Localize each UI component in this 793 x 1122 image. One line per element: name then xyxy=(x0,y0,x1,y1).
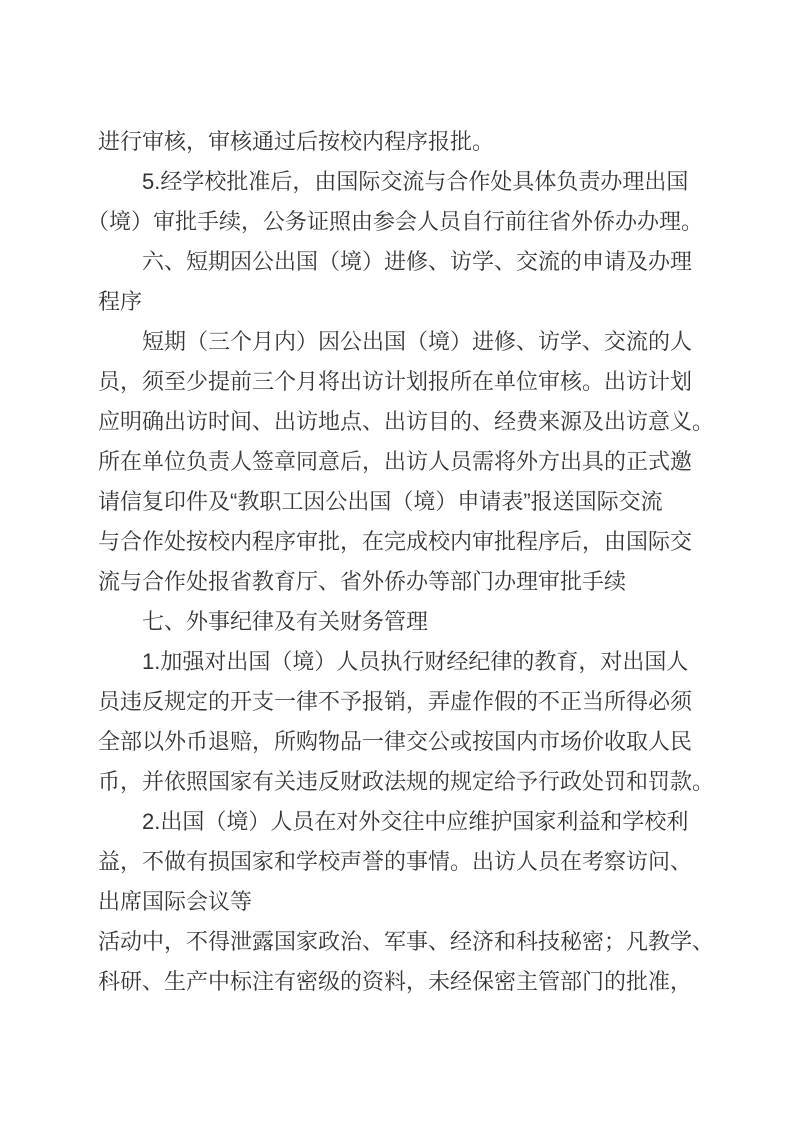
text-line: 员，须至少提前三个月将出访计划报所在单位审核。出访计划 xyxy=(98,362,722,402)
document-page: 进行审核，审核通过后按校内程序报批。5.经学校批准后，由国际交流与合作处具体负责… xyxy=(0,0,793,1122)
text-line: 七、外事纪律及有关财务管理 xyxy=(98,602,722,642)
text-line: 币，并依照国家有关违反财政法规的规定给予行政处罚和罚款。 xyxy=(98,762,722,802)
text-line: 请信复印件及“教职工因公出国（境）申请表”报送国际交流 xyxy=(98,482,722,522)
text-line: 2.出国（境）人员在对外交往中应维护国家利益和学校利 xyxy=(98,802,722,842)
text-line: 所在单位负责人签章同意后，出访人员需将外方出具的正式邀 xyxy=(98,442,722,482)
text-line: 全部以外币退赔，所购物品一律交公或按国内市场价收取人民 xyxy=(98,722,722,762)
document-body: 进行审核，审核通过后按校内程序报批。5.经学校批准后，由国际交流与合作处具体负责… xyxy=(98,122,722,1002)
text-line: 六、短期因公出国（境）进修、访学、交流的申请及办理 xyxy=(98,242,722,282)
text-line: 1.加强对出国（境）人员执行财经纪律的教育，对出国人 xyxy=(98,642,722,682)
text-line: 程序 xyxy=(98,282,722,322)
text-line: 短期（三个月内）因公出国（境）进修、访学、交流的人 xyxy=(98,322,722,362)
text-line: 员违反规定的开支一律不予报销，弄虚作假的不正当所得必须 xyxy=(98,682,722,722)
text-line: 活动中，不得泄露国家政治、军事、经济和科技秘密；凡教学、 xyxy=(98,922,722,962)
text-line: 益，不做有损国家和学校声誉的事情。出访人员在考察访问、 xyxy=(98,842,722,882)
text-line: （境）审批手续，公务证照由参会人员自行前往省外侨办办理。 xyxy=(87,202,722,242)
text-line: 出席国际会议等 xyxy=(98,882,722,922)
text-line: 流与合作处报省教育厅、省外侨办等部门办理审批手续 xyxy=(98,562,722,602)
text-line: 与合作处按校内程序审批，在完成校内审批程序后，由国际交 xyxy=(98,522,722,562)
text-line: 进行审核，审核通过后按校内程序报批。 xyxy=(98,122,722,162)
text-line: 5.经学校批准后，由国际交流与合作处具体负责办理出国 xyxy=(98,162,722,202)
text-line: 科研、生产中标注有密级的资料，未经保密主管部门的批准， xyxy=(98,962,722,1002)
text-line: 应明确出访时间、出访地点、出访目的、经费来源及出访意义。 xyxy=(98,402,722,442)
